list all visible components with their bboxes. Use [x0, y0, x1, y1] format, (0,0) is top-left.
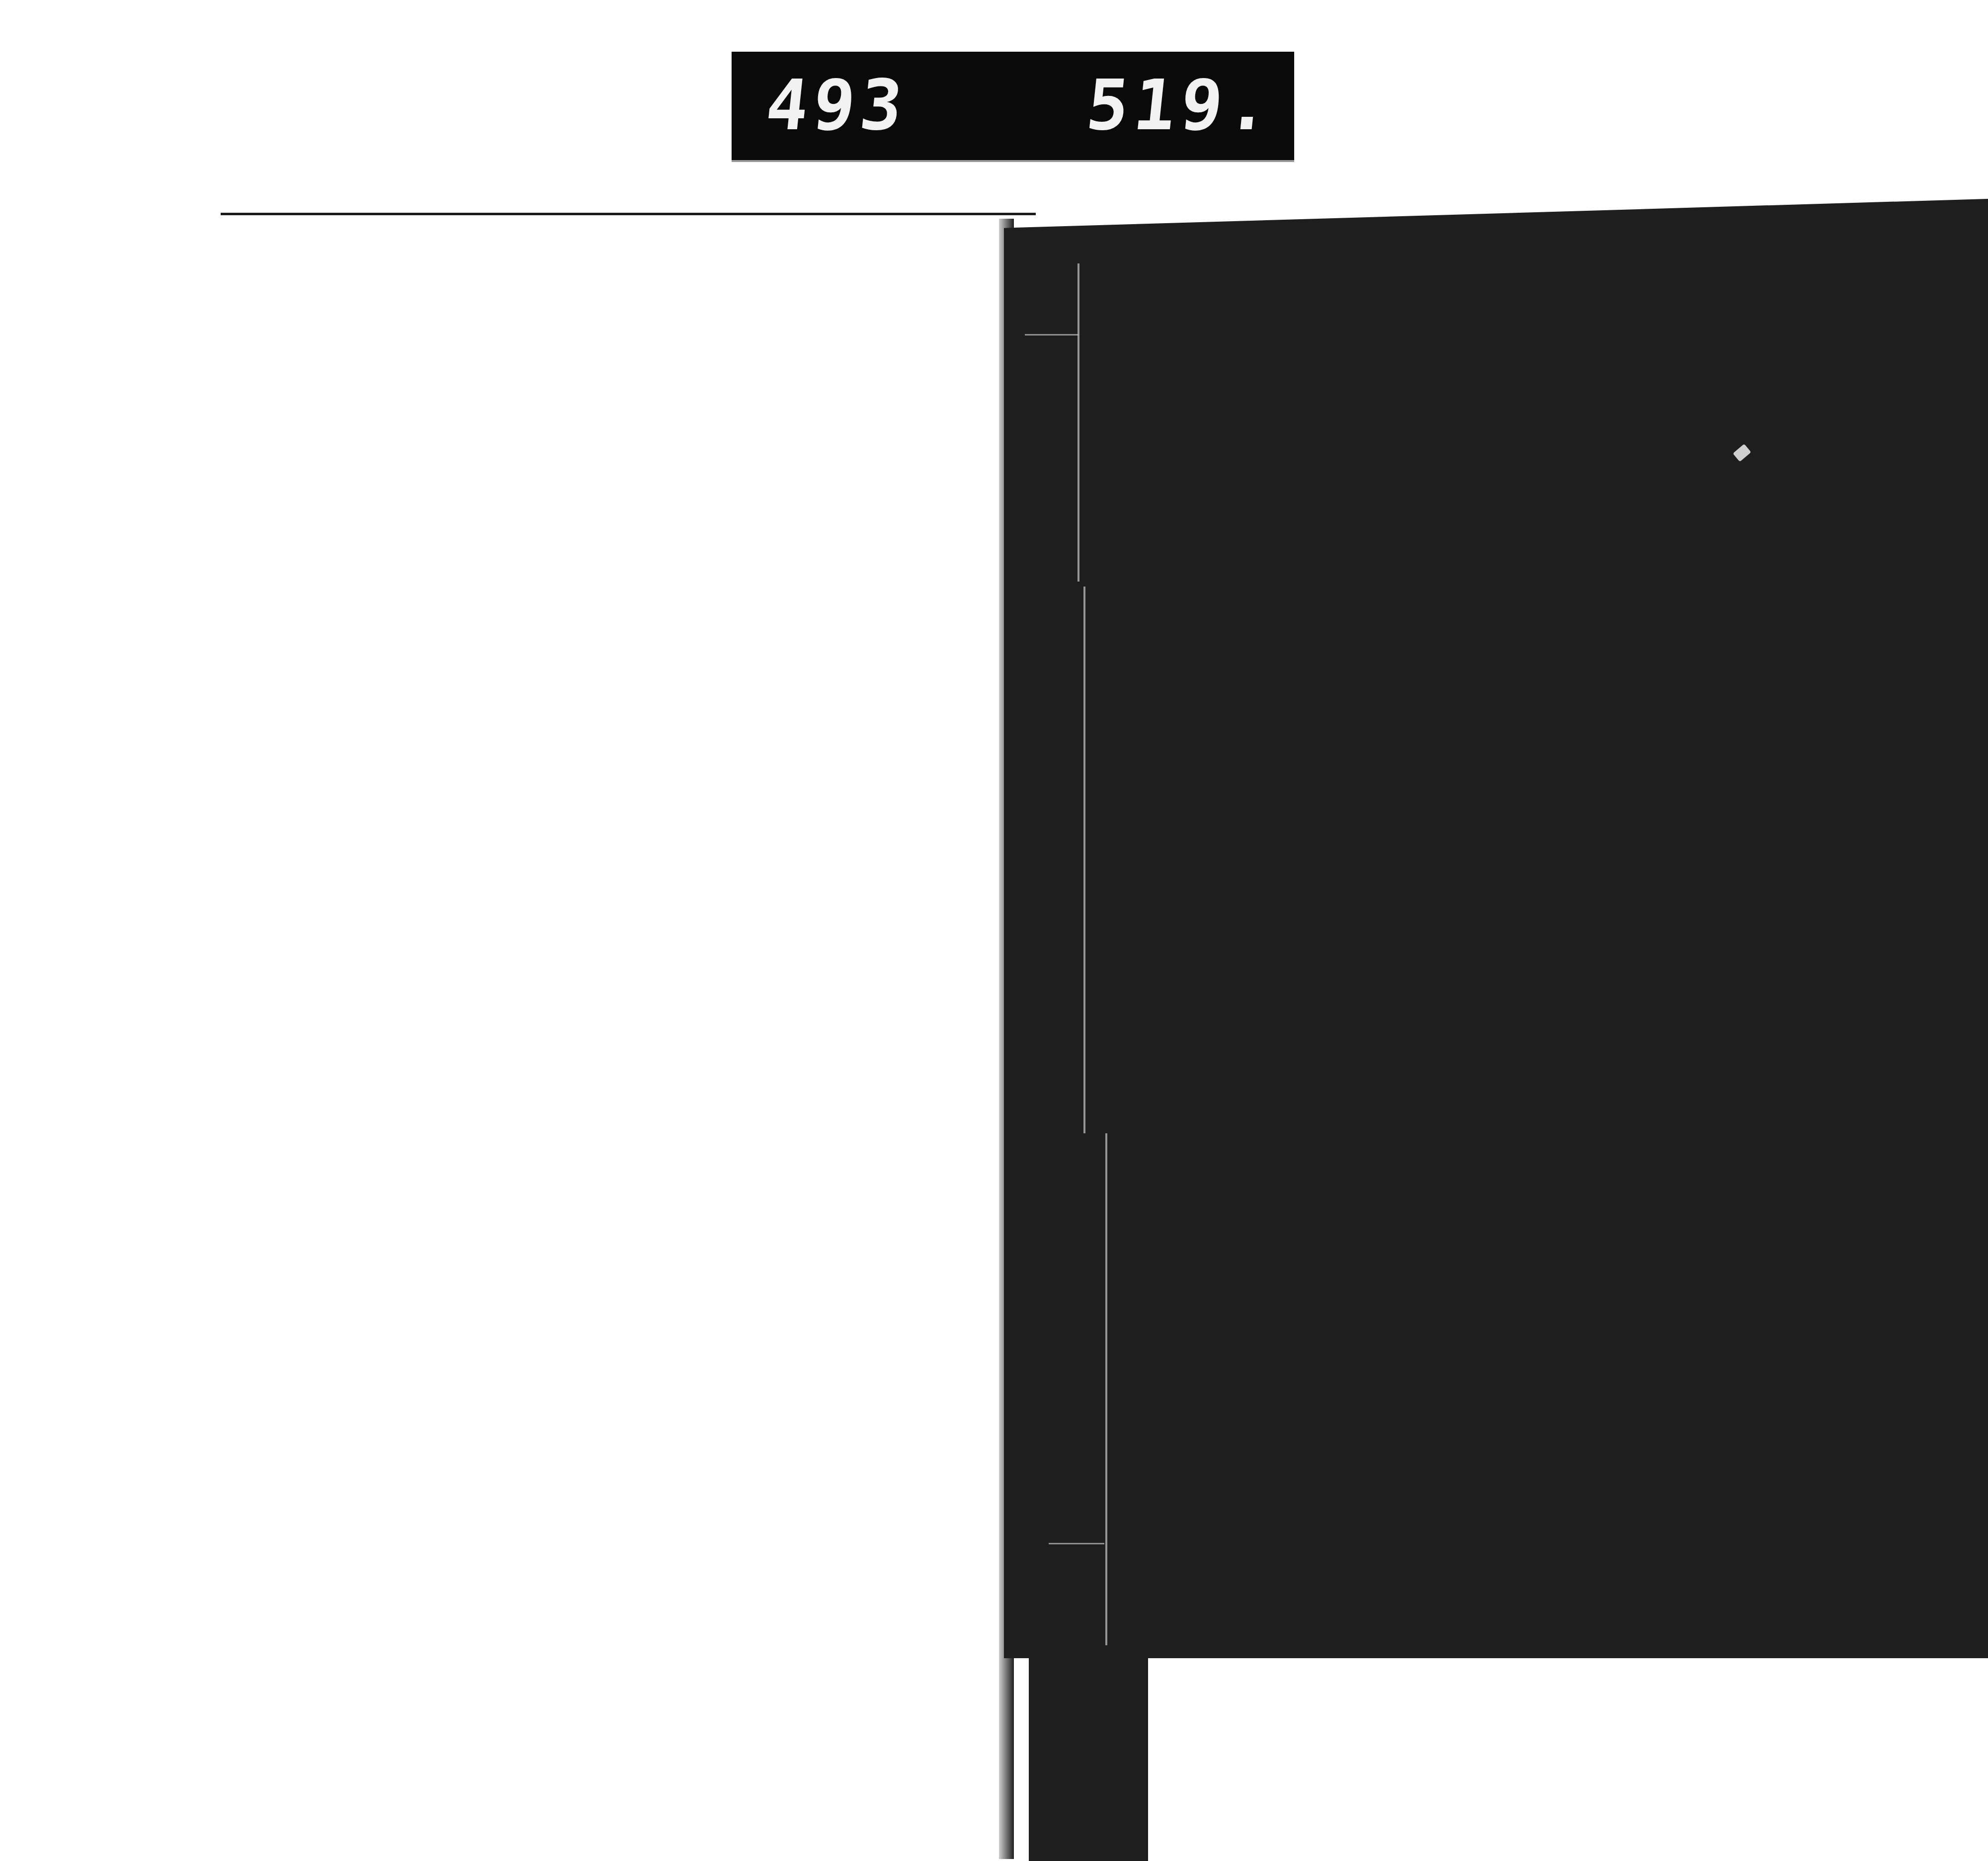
label-number-right: 519.: [1083, 71, 1278, 141]
cover-hinge-line-lower: [1105, 1133, 1107, 1645]
hinge-tick-top: [1025, 334, 1078, 336]
shelf-label: 493 519.: [732, 52, 1294, 162]
book-cover: [1004, 199, 1988, 1658]
label-number-left: 493: [763, 71, 911, 141]
hinge-tick-bottom: [1049, 1543, 1104, 1544]
label-left-group: 493: [766, 71, 907, 141]
book-spine: [1029, 1658, 1148, 1861]
page-top-edge: [221, 213, 1036, 215]
cover-hinge-line-middle: [1083, 587, 1085, 1133]
label-right-group: 519.: [1087, 71, 1274, 141]
cover-hinge-line-upper: [1077, 263, 1079, 582]
